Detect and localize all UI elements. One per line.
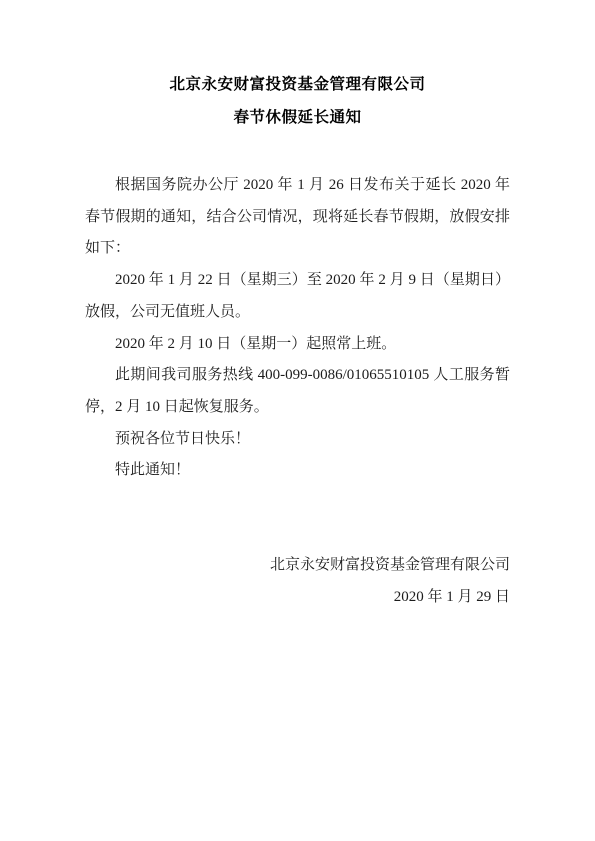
paragraph-notice-closing: 特此通知！: [85, 455, 510, 487]
document-title: 北京永安财富投资基金管理有限公司: [85, 75, 510, 95]
paragraph-holiday-dates: 2020 年 1 月 22 日（星期三）至 2020 年 2 月 9 日（星期日…: [85, 265, 510, 328]
signature-company: 北京永安财富投资基金管理有限公司: [85, 550, 510, 582]
paragraph-wishes: 预祝各位节日快乐！: [85, 424, 510, 456]
document-body: 根据国务院办公厅 2020 年 1 月 26 日发布关于延长 2020 年春节假…: [85, 170, 510, 487]
paragraph-return-to-work: 2020 年 2 月 10 日（星期一）起照常上班。: [85, 329, 510, 361]
signature-block: 北京永安财富投资基金管理有限公司 2020 年 1 月 29 日: [85, 550, 510, 613]
paragraph-hotline-suspension: 此期间我司服务热线 400-099-0086/01065510105 人工服务暂…: [85, 360, 510, 423]
signature-date: 2020 年 1 月 29 日: [85, 582, 510, 614]
paragraph-basis: 根据国务院办公厅 2020 年 1 月 26 日发布关于延长 2020 年春节假…: [85, 170, 510, 265]
document-subtitle: 春节休假延长通知: [85, 108, 510, 128]
document-page: 北京永安财富投资基金管理有限公司 春节休假延长通知 根据国务院办公厅 2020 …: [0, 0, 595, 841]
